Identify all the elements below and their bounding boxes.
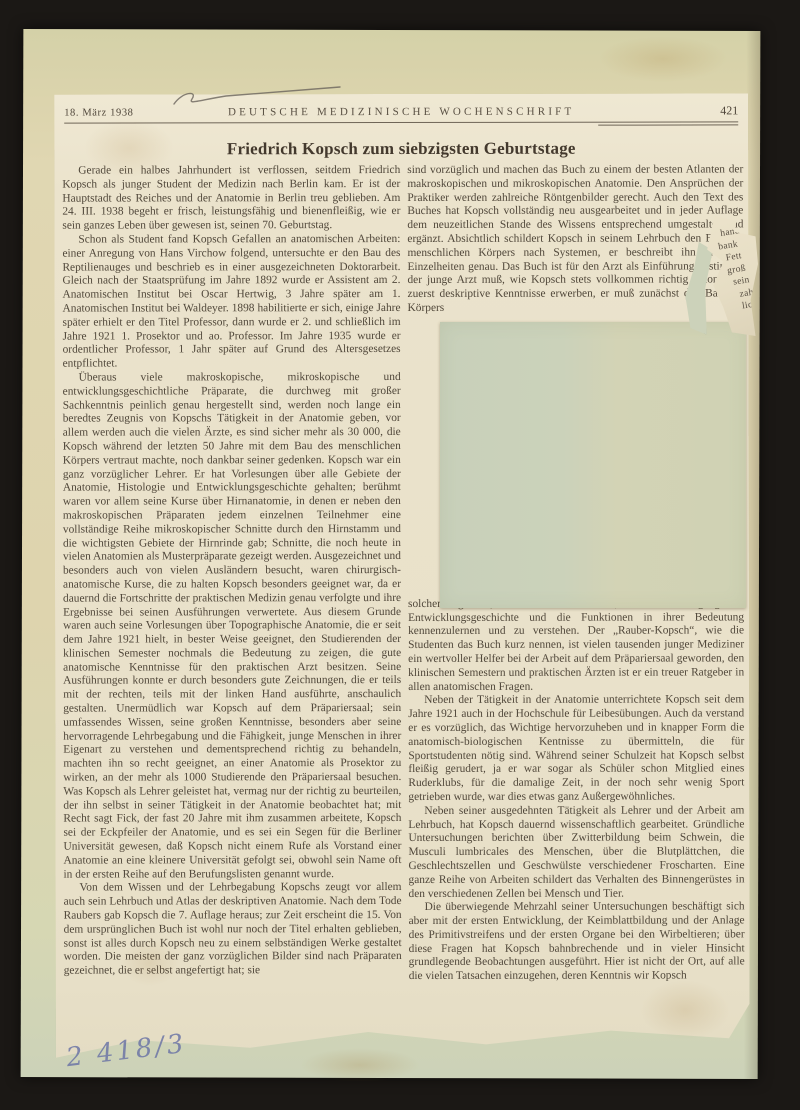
paragraph: Gerade ein halbes Jahrhundert ist verflo… bbox=[62, 164, 400, 234]
paragraph: Neben seiner ausgedehnten Tätigkeit als … bbox=[408, 804, 744, 901]
pasted-blank-note bbox=[440, 322, 746, 608]
header-rule-secondary bbox=[598, 124, 738, 125]
pencil-squiggle bbox=[168, 82, 348, 112]
page-number: 421 bbox=[588, 103, 738, 118]
paragraph: Schon als Student fand Kopsch Gefallen a… bbox=[62, 233, 400, 372]
paragraph: Von dem Wissen und der Lehrbegabung Kops… bbox=[64, 881, 402, 978]
paragraph: Die überwiegende Mehrzahl seiner Untersu… bbox=[409, 901, 745, 984]
left-column: Gerade ein halbes Jahrhundert ist verflo… bbox=[62, 164, 401, 979]
page-header: 18. März 1938 DEUTSCHE MEDIZINISCHE WOCH… bbox=[54, 93, 748, 119]
paragraph: Überaus viele makroskopische, mikroskopi… bbox=[63, 371, 402, 882]
paragraph: Neben der Tätigkeit in der Anatomie unte… bbox=[408, 694, 744, 805]
paragraph: solchen begreifen, dann erst ist er imst… bbox=[408, 597, 744, 694]
article-title: Friedrich Kopsch zum siebzigsten Geburts… bbox=[54, 138, 748, 159]
torn-green-sliver bbox=[683, 241, 713, 334]
header-rule bbox=[64, 121, 738, 123]
scanned-document: 18. März 1938 DEUTSCHE MEDIZINISCHE WOCH… bbox=[0, 0, 800, 1110]
torn-paper-fragment: hand bank Fett groß sein zah lich bbox=[680, 216, 760, 338]
